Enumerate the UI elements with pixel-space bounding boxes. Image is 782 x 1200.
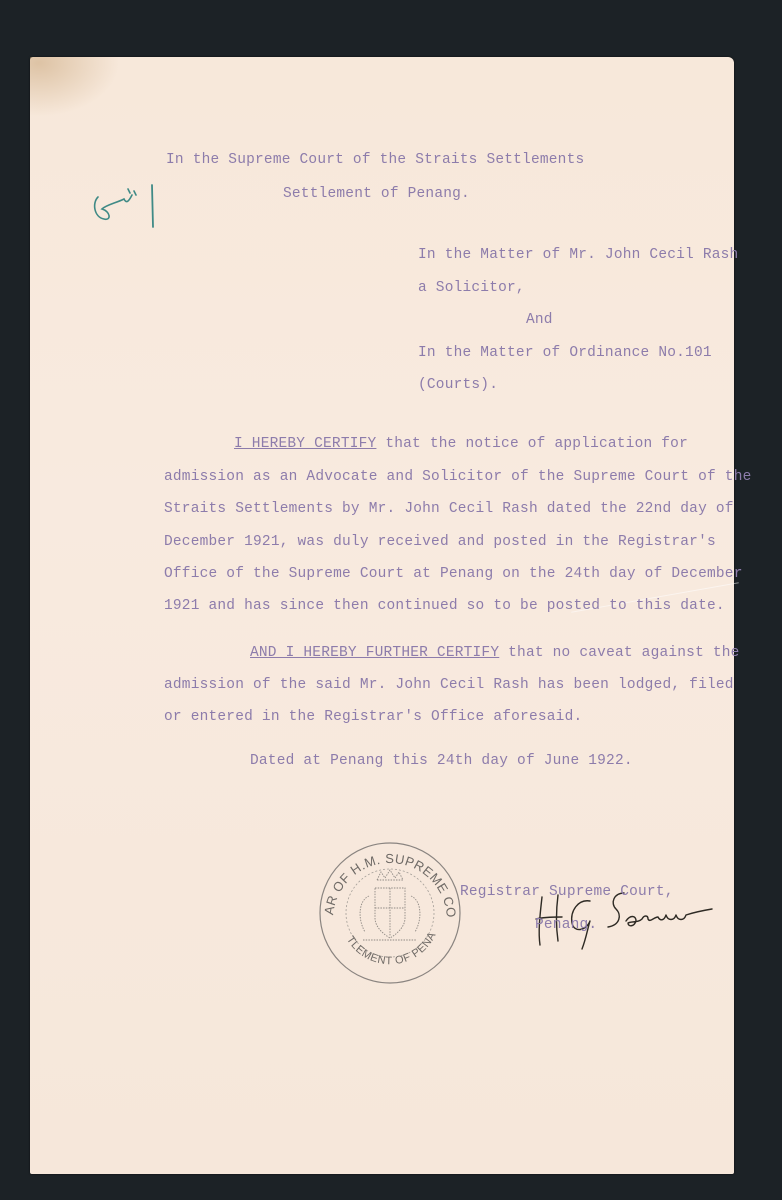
certify-line-2: admission as an Advocate and Solicitor o… <box>164 468 752 486</box>
certify-line-3: Straits Settlements by Mr. John Cecil Ra… <box>164 500 734 518</box>
further-line-2: admission of the said Mr. John Cecil Ras… <box>164 676 734 694</box>
signatory-title: Registrar Supreme Court, <box>460 883 674 901</box>
further-line-1: AND I HEREBY FURTHER CERTIFY that no cav… <box>250 644 740 662</box>
handwritten-margin-mark-icon <box>90 183 160 233</box>
certify-line-4: December 1921, was duly received and pos… <box>164 533 716 551</box>
certify-lead: I HEREBY CERTIFY <box>234 436 376 452</box>
paper-stain <box>30 57 120 117</box>
matter-line-3: And <box>526 311 553 329</box>
certify-line-5: Office of the Supreme Court at Penang on… <box>164 565 743 583</box>
settlement-heading: Settlement of Penang. <box>283 185 470 203</box>
certify-line-1: I HEREBY CERTIFY that the notice of appl… <box>234 435 688 453</box>
svg-text:REGISTRAR OF H.M. SUPREME COUR: REGISTRAR OF H.M. SUPREME COURT S.S. <box>317 840 459 919</box>
matter-line-1: In the Matter of Mr. John Cecil Rash <box>418 246 738 264</box>
further-lead: AND I HEREBY FURTHER CERTIFY <box>250 645 499 661</box>
court-heading: In the Supreme Court of the Straits Sett… <box>166 151 584 169</box>
dated-line: Dated at Penang this 24th day of June 19… <box>250 752 633 770</box>
matter-line-2: a Solicitor, <box>418 279 525 297</box>
certify-line-6: 1921 and has since then continued so to … <box>164 597 725 615</box>
matter-line-5: (Courts). <box>418 376 498 394</box>
further-line-3: or entered in the Registrar's Office afo… <box>164 708 582 726</box>
signatory-place: Penang. <box>535 916 597 934</box>
registrar-seal-icon: REGISTRAR OF H.M. SUPREME COURT S.S. SET… <box>317 840 463 986</box>
document-page: In the Supreme Court of the Straits Sett… <box>30 57 734 1174</box>
matter-line-4: In the Matter of Ordinance No.101 <box>418 344 712 362</box>
